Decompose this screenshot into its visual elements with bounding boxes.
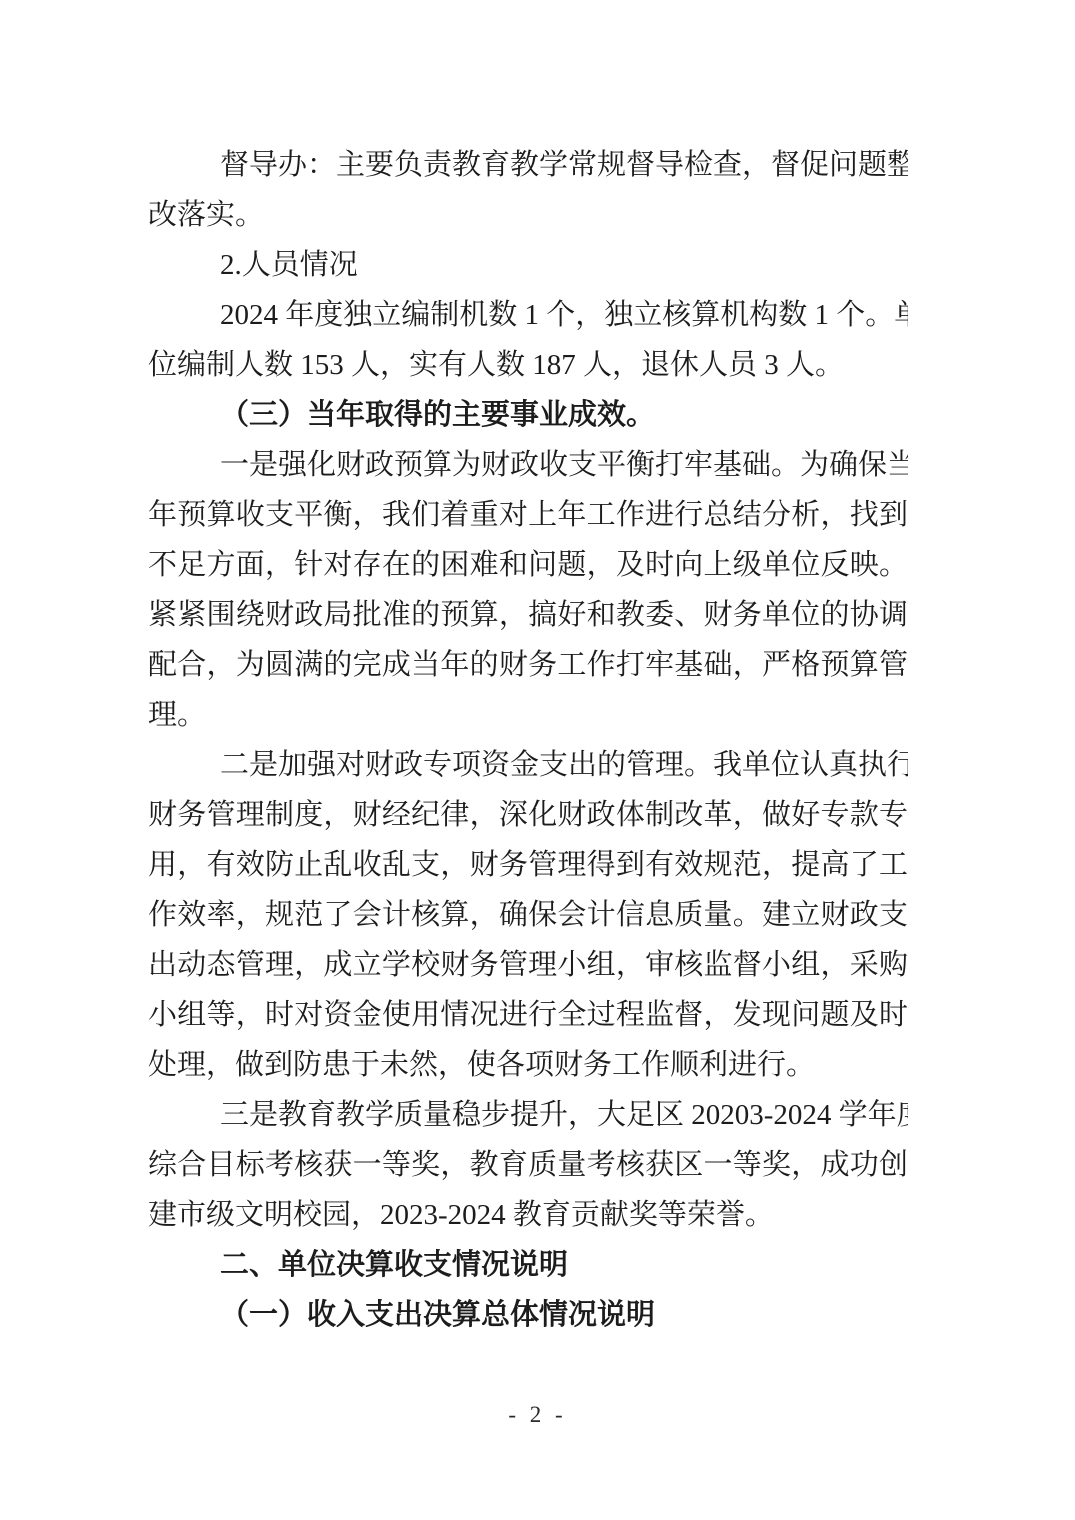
document-body: 督导办：主要负责教育教学常规督导检查，督促问题整 改落实。 2.人员情况 202… [148,140,908,1340]
para-supervision-office: 督导办：主要负责教育教学常规督导检查，督促问题整 改落实。 [148,140,908,240]
heading-line: （一）收入支出决算总体情况说明 [148,1290,908,1340]
heading-line: 二、单位决算收支情况说明 [148,1240,908,1290]
text-line: 建市级文明校园，2023-2024 教育贡献奖等荣誉。 [148,1190,908,1240]
text-line: 年预算收支平衡，我们着重对上年工作进行总结分析，找到 [148,490,908,540]
para-achievement-1: 一是强化财政预算为财政收支平衡打牢基础。为确保当 年预算收支平衡，我们着重对上年… [148,440,908,740]
heading-section-2-1: （一）收入支出决算总体情况说明 [148,1290,908,1340]
text-line: 财务管理制度，财经纪律，深化财政体制改革，做好专款专 [148,790,908,840]
text-line: 紧紧围绕财政局批准的预算，搞好和教委、财务单位的协调 [148,590,908,640]
document-page: 督导办：主要负责教育教学常规督导检查，督促问题整 改落实。 2.人员情况 202… [0,0,1075,1520]
text-line: 理。 [148,690,908,740]
text-line: 位编制人数 153 人，实有人数 187 人，退休人员 3 人。 [148,340,908,390]
heading-achievements: （三）当年取得的主要事业成效。 [148,390,908,440]
text-line: 综合目标考核获一等奖，教育质量考核获区一等奖，成功创 [148,1140,908,1190]
text-line: 处理，做到防患于未然，使各项财务工作顺利进行。 [148,1040,908,1090]
heading-section-2: 二、单位决算收支情况说明 [148,1240,908,1290]
para-achievement-3: 三是教育教学质量稳步提升，大足区 20203-2024 学年度 综合目标考核获一… [148,1090,908,1240]
heading-line: （三）当年取得的主要事业成效。 [148,390,908,440]
page-number: - 2 - [0,1400,1075,1430]
heading-line: 2.人员情况 [148,240,908,290]
text-line: 不足方面，针对存在的困难和问题，及时向上级单位反映。 [148,540,908,590]
text-line: 用，有效防止乱收乱支，财务管理得到有效规范，提高了工 [148,840,908,890]
text-line: 改落实。 [148,190,908,240]
text-line: 配合，为圆满的完成当年的财务工作打牢基础，严格预算管 [148,640,908,690]
text-line: 一是强化财政预算为财政收支平衡打牢基础。为确保当 [148,440,908,490]
heading-personnel: 2.人员情况 [148,240,908,290]
text-line: 三是教育教学质量稳步提升，大足区 20203-2024 学年度 [148,1090,908,1140]
text-line: 作效率，规范了会计核算，确保会计信息质量。建立财政支 [148,890,908,940]
text-line: 督导办：主要负责教育教学常规督导检查，督促问题整 [148,140,908,190]
para-personnel-stats: 2024 年度独立编制机数 1 个，独立核算机构数 1 个。单 位编制人数 15… [148,290,908,390]
text-line: 小组等，时对资金使用情况进行全过程监督，发现问题及时 [148,990,908,1040]
text-line: 二是加强对财政专项资金支出的管理。我单位认真执行 [148,740,908,790]
text-line: 出动态管理，成立学校财务管理小组，审核监督小组，采购 [148,940,908,990]
para-achievement-2: 二是加强对财政专项资金支出的管理。我单位认真执行 财务管理制度，财经纪律，深化财… [148,740,908,1090]
text-line: 2024 年度独立编制机数 1 个，独立核算机构数 1 个。单 [148,290,908,340]
